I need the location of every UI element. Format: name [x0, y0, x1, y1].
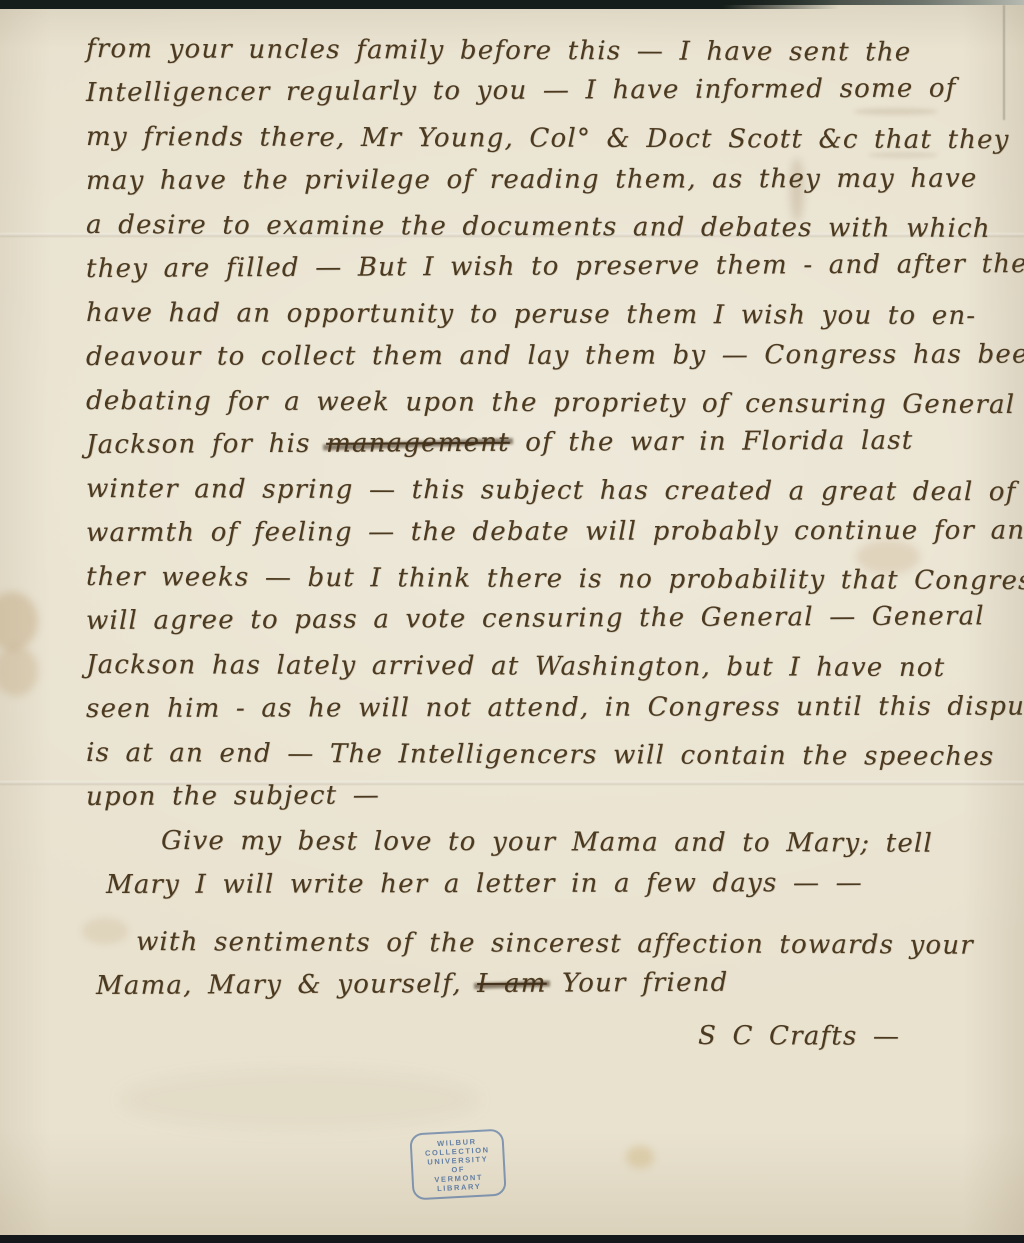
- letter-line: Jackson for his management of the war in…: [86, 418, 976, 467]
- letter-line: Mama, Mary & yourself, I am Your friend: [96, 959, 976, 1008]
- text-segment: with sentiments of the sincerest affecti…: [136, 927, 974, 961]
- text-segment: they are filled — But I wish to preserve…: [86, 249, 1024, 284]
- text-segment: Mary I will write her a letter in a few …: [106, 868, 863, 900]
- letter-line: deavour to collect them and lay them by …: [86, 333, 976, 379]
- text-segment: a desire to examine the documents and de…: [86, 210, 991, 244]
- text-segment: debating for a week upon the propriety o…: [86, 386, 1015, 420]
- text-segment: ther weeks — but I think there is no pro…: [86, 562, 1024, 596]
- signature-line: S C Crafts —: [698, 1014, 976, 1059]
- letter-line: will agree to pass a vote censuring the …: [86, 594, 976, 643]
- letter-line: may have the privilege of reading them, …: [86, 157, 976, 203]
- paper-stain: [626, 1146, 654, 1168]
- text-segment: is at an end — The Intelligencers will c…: [86, 738, 995, 772]
- text-segment: have had an opportunity to peruse them I…: [86, 298, 976, 331]
- text-segment: may have the privilege of reading them, …: [86, 164, 978, 196]
- letter-line: Jackson has lately arrived at Washington…: [86, 643, 976, 690]
- letter-line: upon the subject —: [86, 770, 976, 819]
- text-segment: my friends there, Mr Young, Col° & Doct …: [86, 122, 1010, 155]
- struck-word: I am: [477, 969, 547, 999]
- letter-line: they are filled — But I wish to preserve…: [86, 242, 976, 291]
- letter-line: my friends there, Mr Young, Col° & Doct …: [86, 115, 976, 162]
- paper-edge: [1003, 5, 1005, 120]
- text-segment: Your friend: [547, 968, 729, 999]
- letter-line: seen him - as he will not attend, in Con…: [86, 685, 976, 731]
- text-segment: deavour to collect them and lay them by …: [86, 339, 1024, 372]
- letter-line: Intelligencer regularly to you — I have …: [86, 66, 976, 115]
- text-segment: warmth of feeling — the debate will prob…: [86, 515, 1024, 548]
- scan-edge-top: [0, 0, 840, 9]
- text-segment: will agree to pass a vote censuring the …: [86, 601, 985, 636]
- text-segment: Mama, Mary & yourself,: [96, 969, 477, 1001]
- text-segment: Jackson for his: [86, 429, 326, 460]
- letter-body: from your uncles family before this — I …: [86, 27, 976, 1058]
- letter-line: winter and spring — this subject has cre…: [86, 467, 976, 514]
- library-stamp: WILBUR COLLECTION UNIVERSITY OF VERMONT …: [409, 1129, 506, 1201]
- text-segment: seen him - as he will not attend, in Con…: [86, 691, 1024, 724]
- text-segment: of the war in Florida last: [510, 426, 914, 458]
- text-segment: S C Crafts —: [698, 1021, 900, 1052]
- paper-stain: [0, 592, 38, 650]
- letter-line: Mary I will write her a letter in a few …: [106, 861, 976, 907]
- paper-stain: [0, 646, 38, 696]
- letter-line: have had an opportunity to peruse them I…: [86, 291, 976, 338]
- letter-line: warmth of feeling — the debate will prob…: [86, 509, 976, 555]
- text-segment: upon the subject —: [86, 780, 380, 812]
- text-segment: Jackson has lately arrived at Washington…: [86, 650, 945, 683]
- scan-edge-bottom: [0, 1235, 1024, 1243]
- text-segment: from your uncles family before this — I …: [86, 34, 912, 68]
- letter-page: from your uncles family before this — I …: [0, 0, 1024, 1243]
- text-segment: Intelligencer regularly to you — I have …: [86, 73, 957, 108]
- text-segment: Give my best love to your Mama and to Ma…: [161, 826, 933, 859]
- ink-show-through: [120, 1070, 480, 1130]
- text-segment: winter and spring — this subject has cre…: [86, 474, 1017, 507]
- struck-word: management: [326, 428, 510, 459]
- letter-line: Give my best love to your Mama and to Ma…: [161, 819, 976, 866]
